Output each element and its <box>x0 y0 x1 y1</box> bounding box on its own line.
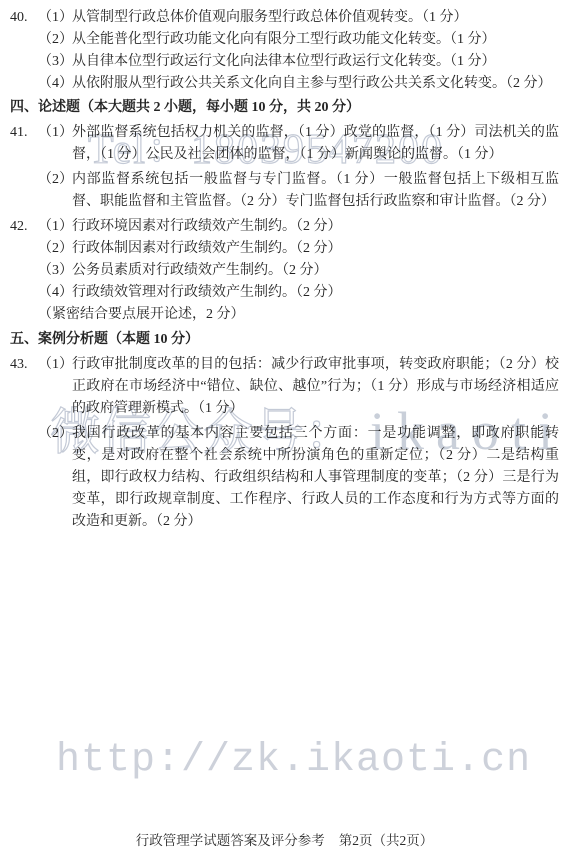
answer-item-40-3: （3） 从自律本位型行政运行文化向法律本位型行政运行文化转变。（1 分） <box>10 51 559 73</box>
subitem-label: （3） <box>38 260 72 282</box>
answer-text: 从依附服从型行政公共关系文化向自主参与型行政公共关系文化转变。（2 分） <box>72 73 559 95</box>
question-number-42: 42. <box>10 216 38 238</box>
answer-text: 外部监督系统包括权力机关的监督，（1 分）政党的监督，（1 分）司法机关的监督，… <box>72 122 559 166</box>
exam-answer-page: Tel：18039547200 微信公众号： ikaoti http://zk.… <box>0 0 569 861</box>
question-number-40: 40. <box>10 7 38 29</box>
subitem-label: （1） <box>38 216 72 238</box>
page-footer: 行政管理学试题答案及评分参考第2页（共2页） <box>0 829 569 849</box>
subitem-label: （4） <box>38 73 72 95</box>
answer-item-42-1: 42. （1） 行政环境因素对行政绩效产生制约。（2 分） <box>10 216 559 238</box>
answer-content: 40. （1） 从管制型行政总体价值观向服务型行政总体价值观转变。（1 分） （… <box>0 0 569 533</box>
answer-text: 公务员素质对行政绩效产生制约。（2 分） <box>72 260 559 282</box>
answer-item-41-1: 41. （1） 外部监督系统包括权力机关的监督，（1 分）政党的监督，（1 分）… <box>10 122 559 166</box>
subitem-label: （1） <box>38 122 72 144</box>
section-heading-4: 四、论述题（本大题共 2 小题，每小题 10 分，共 20 分） <box>10 97 559 119</box>
answer-item-41-2: （2） 内部监督系统包括一般监督与专门监督。（1 分）一般监督包括上下级相互监督… <box>10 169 559 213</box>
answer-item-42-2: （2） 行政体制因素对行政绩效产生制约。（2 分） <box>10 238 559 260</box>
subitem-label: （2） <box>38 423 72 445</box>
question-number-41: 41. <box>10 122 38 144</box>
subitem-label: （4） <box>38 282 72 304</box>
answer-item-43-2: （2） 我国行政改革的基本内容主要包括三个方面：一是功能调整，即政府职能转变，是… <box>10 423 559 533</box>
answer-item-40-1: 40. （1） 从管制型行政总体价值观向服务型行政总体价值观转变。（1 分） <box>10 7 559 29</box>
answer-item-43-1: 43. （1） 行政审批制度改革的目的包括：减少行政审批事项，转变政府职能；（2… <box>10 354 559 420</box>
answer-text: 行政体制因素对行政绩效产生制约。（2 分） <box>72 238 559 260</box>
answer-note-42: （紧密结合要点展开论述，2 分） <box>10 304 559 326</box>
answer-item-42-4: （4） 行政绩效管理对行政绩效产生制约。（2 分） <box>10 282 559 304</box>
answer-text: 行政环境因素对行政绩效产生制约。（2 分） <box>72 216 559 238</box>
note-text: （紧密结合要点展开论述，2 分） <box>38 304 559 326</box>
answer-text: 我国行政改革的基本内容主要包括三个方面：一是功能调整，即政府职能转变，是对政府在… <box>72 423 559 533</box>
answer-text: 行政绩效管理对行政绩效产生制约。（2 分） <box>72 282 559 304</box>
answer-text: 从自律本位型行政运行文化向法律本位型行政运行文化转变。（1 分） <box>72 51 559 73</box>
subitem-label: （3） <box>38 51 72 73</box>
subitem-label: （2） <box>38 169 72 191</box>
answer-item-40-4: （4） 从依附服从型行政公共关系文化向自主参与型行政公共关系文化转变。（2 分） <box>10 73 559 95</box>
question-number-43: 43. <box>10 354 38 376</box>
section-heading-5: 五、案例分析题（本题 10 分） <box>10 329 559 351</box>
subitem-label: （1） <box>38 7 72 29</box>
footer-title: 行政管理学试题答案及评分参考 <box>136 833 325 848</box>
subitem-label: （1） <box>38 354 72 376</box>
answer-item-42-3: （3） 公务员素质对行政绩效产生制约。（2 分） <box>10 260 559 282</box>
footer-page-number: 第2页（共2页） <box>339 833 434 848</box>
url-watermark: http://zk.ikaoti.cn <box>56 738 531 783</box>
answer-text: 从全能普化型行政功能文化向有限分工型行政功能文化转变。（1 分） <box>72 29 559 51</box>
subitem-label: （2） <box>38 29 72 51</box>
answer-item-40-2: （2） 从全能普化型行政功能文化向有限分工型行政功能文化转变。（1 分） <box>10 29 559 51</box>
answer-text: 从管制型行政总体价值观向服务型行政总体价值观转变。（1 分） <box>72 7 559 29</box>
answer-text: 内部监督系统包括一般监督与专门监督。（1 分）一般监督包括上下级相互监督、职能监… <box>72 169 559 213</box>
answer-text: 行政审批制度改革的目的包括：减少行政审批事项，转变政府职能；（2 分）校正政府在… <box>72 354 559 420</box>
subitem-label: （2） <box>38 238 72 260</box>
